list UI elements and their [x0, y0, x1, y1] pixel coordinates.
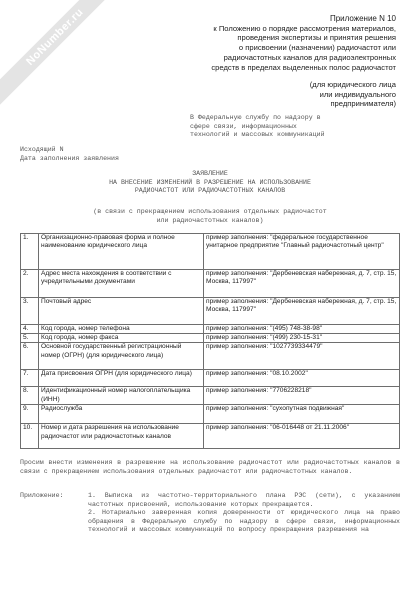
- applicant-type: (для юридического лица или индивидуально…: [246, 80, 396, 109]
- filing-date-label: Дата заполнения заявления: [20, 155, 220, 164]
- addressee: В Федеральную службу по надзору в сфере …: [190, 114, 390, 140]
- attachments-list: 1. Выписка из частотно-территориального …: [88, 492, 400, 535]
- row-label: Адрес места нахождения в соответствии с …: [39, 270, 204, 298]
- appendix-line: проведения экспертизы и принятия решения: [136, 33, 396, 43]
- addressee-line: В Федеральную службу по надзору в: [190, 114, 390, 123]
- table-row: 2. Адрес места нахождения в соответствии…: [21, 270, 400, 298]
- appendix-header: Приложение N 10 к Положению о порядке ра…: [136, 14, 396, 72]
- row-number: 1.: [21, 234, 39, 270]
- row-number: 7.: [21, 370, 39, 387]
- table-row: 3. Почтовый адрес пример заполнения: "Де…: [21, 298, 400, 325]
- table-row: 8. Идентификационный номер налогоплатель…: [21, 387, 400, 405]
- row-number: 2.: [21, 270, 39, 298]
- reason: (в связи с прекращением использования от…: [20, 208, 400, 225]
- row-label: Почтовый адрес: [39, 298, 204, 325]
- applicant-type-line: (для юридического лица: [246, 80, 396, 90]
- row-value: пример заполнения: "федеральное государс…: [204, 234, 400, 270]
- table-row: 5. Код города, номер факса пример заполн…: [21, 334, 400, 343]
- watermark: NoNumber.ru: [0, 0, 129, 111]
- appendix-title: Приложение N 10: [136, 14, 396, 24]
- attachments-label: Приложение:: [20, 492, 88, 535]
- applicant-data-table: 1. Организационно-правовая форма и полно…: [20, 233, 400, 449]
- row-value: пример заполнения: "1027739334479": [204, 343, 400, 370]
- row-number: 10.: [21, 424, 39, 449]
- attachment-item: 1. Выписка из частотно-территориального …: [88, 492, 400, 509]
- row-number: 8.: [21, 387, 39, 405]
- appendix-line: средств в пределах выделенных полос ради…: [136, 63, 396, 73]
- addressee-line: технологий и массовых коммуникаций: [190, 131, 390, 140]
- row-label: Идентификационный номер налогоплательщик…: [39, 387, 204, 405]
- appendix-line: о присвоении (назначении) радиочастот ил…: [136, 43, 396, 53]
- row-value: пример заполнения: "06-016448 от 21.11.2…: [204, 424, 400, 449]
- document-heading: ЗАЯВЛЕНИЕ: [20, 170, 400, 179]
- row-value: пример заполнения: "7706228218": [204, 387, 400, 405]
- attachment-item: 2. Нотариально заверенная копия доверенн…: [88, 509, 400, 535]
- addressee-line: сфере связи, информационных: [190, 123, 390, 132]
- document-title-line: РАДИОЧАСТОТ ИЛИ РАДИОЧАСТОТНЫХ КАНАЛОВ: [20, 187, 400, 196]
- row-number: 6.: [21, 343, 39, 370]
- table-row: 9. Радиослужба пример заполнения: "сухоп…: [21, 405, 400, 424]
- row-label: Основной государственный регистрационный…: [39, 343, 204, 370]
- request-paragraph: Просим внести изменения в разрешение на …: [20, 459, 400, 476]
- appendix-line: радиочастотных каналов для радиоэлектрон…: [136, 53, 396, 63]
- row-number: 3.: [21, 298, 39, 325]
- applicant-type-line: предпринимателя): [246, 99, 396, 109]
- outgoing-info: Исходящий N Дата заполнения заявления: [20, 146, 220, 163]
- appendix-line: к Положению о порядке рассмотрения матер…: [136, 24, 396, 34]
- row-number: 5.: [21, 334, 39, 343]
- row-label: Номер и дата разрешения на использование…: [39, 424, 204, 449]
- row-value: пример заполнения: "Дербеневская набереж…: [204, 298, 400, 325]
- row-value: пример заполнения: "08.10.2002": [204, 370, 400, 387]
- applicant-type-line: или индивидуального: [246, 90, 396, 100]
- table-row: 10. Номер и дата разрешения на использов…: [21, 424, 400, 449]
- row-number: 4.: [21, 325, 39, 334]
- document-title: ЗАЯВЛЕНИЕ НА ВНЕСЕНИЕ ИЗМЕНЕНИЙ В РАЗРЕШ…: [20, 170, 400, 196]
- table-row: 6. Основной государственный регистрацион…: [21, 343, 400, 370]
- document-title-line: НА ВНЕСЕНИЕ ИЗМЕНЕНИЙ В РАЗРЕШЕНИЕ НА ИС…: [20, 179, 400, 188]
- row-value: пример заполнения: "(495) 748-38-98": [204, 325, 400, 334]
- outgoing-number-label: Исходящий N: [20, 146, 220, 155]
- watermark-text: NoNumber.ru: [24, 6, 86, 68]
- table-row: 4. Код города, номер телефона пример зап…: [21, 325, 400, 334]
- row-value: пример заполнения: "сухопутная подвижная…: [204, 405, 400, 424]
- document-page: NoNumber.ru Приложение N 10 к Положению …: [0, 0, 420, 600]
- reason-line: (в связи с прекращением использования от…: [20, 208, 400, 217]
- table-row: 7. Дата присвоения ОГРН (для юридическог…: [21, 370, 400, 387]
- row-label: Радиослужба: [39, 405, 204, 424]
- table-row: 1. Организационно-правовая форма и полно…: [21, 234, 400, 270]
- attachments: Приложение: 1. Выписка из частотно-терри…: [20, 492, 400, 535]
- row-value: пример заполнения: "(499) 230-15-31": [204, 334, 400, 343]
- row-number: 9.: [21, 405, 39, 424]
- row-label: Дата присвоения ОГРН (для юридического л…: [39, 370, 204, 387]
- row-label: Организационно-правовая форма и полное н…: [39, 234, 204, 270]
- row-value: пример заполнения: "Дербеневская набереж…: [204, 270, 400, 298]
- row-label: Код города, номер телефона: [39, 325, 204, 334]
- reason-line: или радиочастотных каналов): [20, 217, 400, 226]
- row-label: Код города, номер факса: [39, 334, 204, 343]
